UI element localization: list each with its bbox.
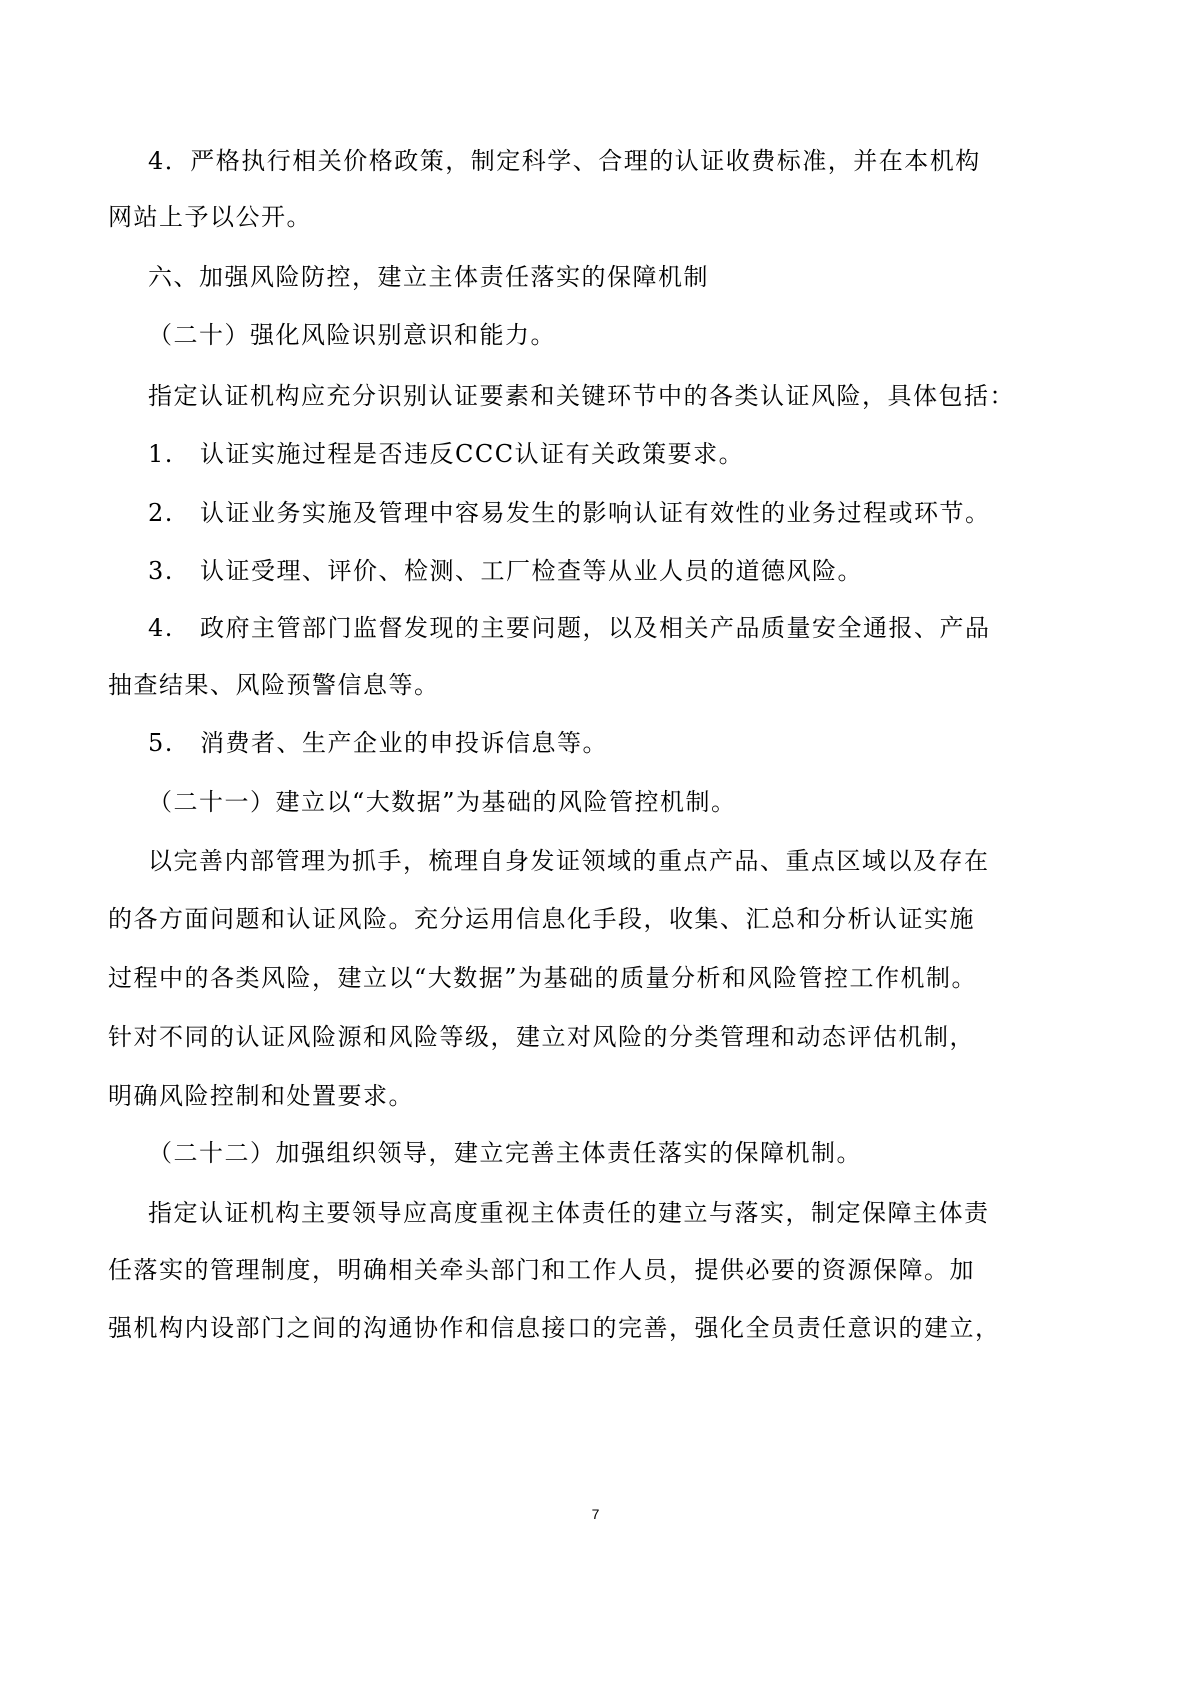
list-item: 5.消费者、生产企业的申投诉信息等。	[148, 728, 1108, 758]
list-item: 4.政府主管部门监督发现的主要问题，以及相关产品质量安全通报、产品	[148, 613, 1108, 643]
paragraph-line: 4．严格执行相关价格政策，制定科学、合理的认证收费标准，并在本机构	[148, 146, 1108, 176]
paragraph-line: 网站上予以公开。	[108, 202, 1068, 232]
list-item-text: 认证实施过程是否违反CCC认证有关政策要求。	[200, 440, 744, 468]
list-number: 3.	[148, 556, 200, 586]
paragraph-line: 过程中的各类风险，建立以“大数据”为基础的质量分析和风险管控工作机制。	[108, 963, 1068, 993]
list-item-text: 政府主管部门监督发现的主要问题，以及相关产品质量安全通报、产品	[200, 614, 991, 642]
subsection-heading: （二十一）建立以“大数据”为基础的风险管控机制。	[148, 787, 1108, 817]
section-heading: 六、加强风险防控，建立主体责任落实的保障机制	[148, 262, 1108, 292]
list-number: 2.	[148, 498, 200, 528]
list-item-text: 认证业务实施及管理中容易发生的影响认证有效性的业务过程或环节。	[200, 499, 991, 527]
subsection-heading: （二十）强化风险识别意识和能力。	[148, 320, 1108, 350]
list-item-text: 认证受理、评价、检测、工厂检查等从业人员的道德风险。	[200, 557, 863, 585]
list-number: 1.	[148, 439, 200, 469]
list-number: 5.	[148, 728, 200, 758]
paragraph-line: 强机构内设部门之间的沟通协作和信息接口的完善，强化全员责任意识的建立，	[108, 1313, 1068, 1343]
page-number: 7	[0, 1506, 1191, 1522]
list-item: 2.认证业务实施及管理中容易发生的影响认证有效性的业务过程或环节。	[148, 498, 1108, 528]
paragraph-line: 以完善内部管理为抓手，梳理自身发证领域的重点产品、重点区域以及存在	[148, 846, 1108, 876]
document-page: 4．严格执行相关价格政策，制定科学、合理的认证收费标准，并在本机构 网站上予以公…	[0, 0, 1191, 1684]
paragraph-line: 指定认证机构应充分识别认证要素和关键环节中的各类认证风险，具体包括：	[148, 381, 1108, 411]
list-item: 1.认证实施过程是否违反CCC认证有关政策要求。	[148, 439, 1108, 469]
list-number: 4.	[148, 613, 200, 643]
subsection-heading: （二十二）加强组织领导，建立完善主体责任落实的保障机制。	[148, 1138, 1108, 1168]
list-item-text: 消费者、生产企业的申投诉信息等。	[200, 729, 608, 757]
list-item: 3.认证受理、评价、检测、工厂检查等从业人员的道德风险。	[148, 556, 1108, 586]
paragraph-line: 明确风险控制和处置要求。	[108, 1081, 1068, 1111]
paragraph-line: 指定认证机构主要领导应高度重视主体责任的建立与落实，制定保障主体责	[148, 1198, 1108, 1228]
paragraph-line: 针对不同的认证风险源和风险等级，建立对风险的分类管理和动态评估机制，	[108, 1022, 1068, 1052]
paragraph-line: 抽查结果、风险预警信息等。	[108, 670, 1068, 700]
paragraph-line: 的各方面问题和认证风险。充分运用信息化手段，收集、汇总和分析认证实施	[108, 904, 1068, 934]
paragraph-line: 任落实的管理制度，明确相关牵头部门和工作人员，提供必要的资源保障。加	[108, 1255, 1068, 1285]
